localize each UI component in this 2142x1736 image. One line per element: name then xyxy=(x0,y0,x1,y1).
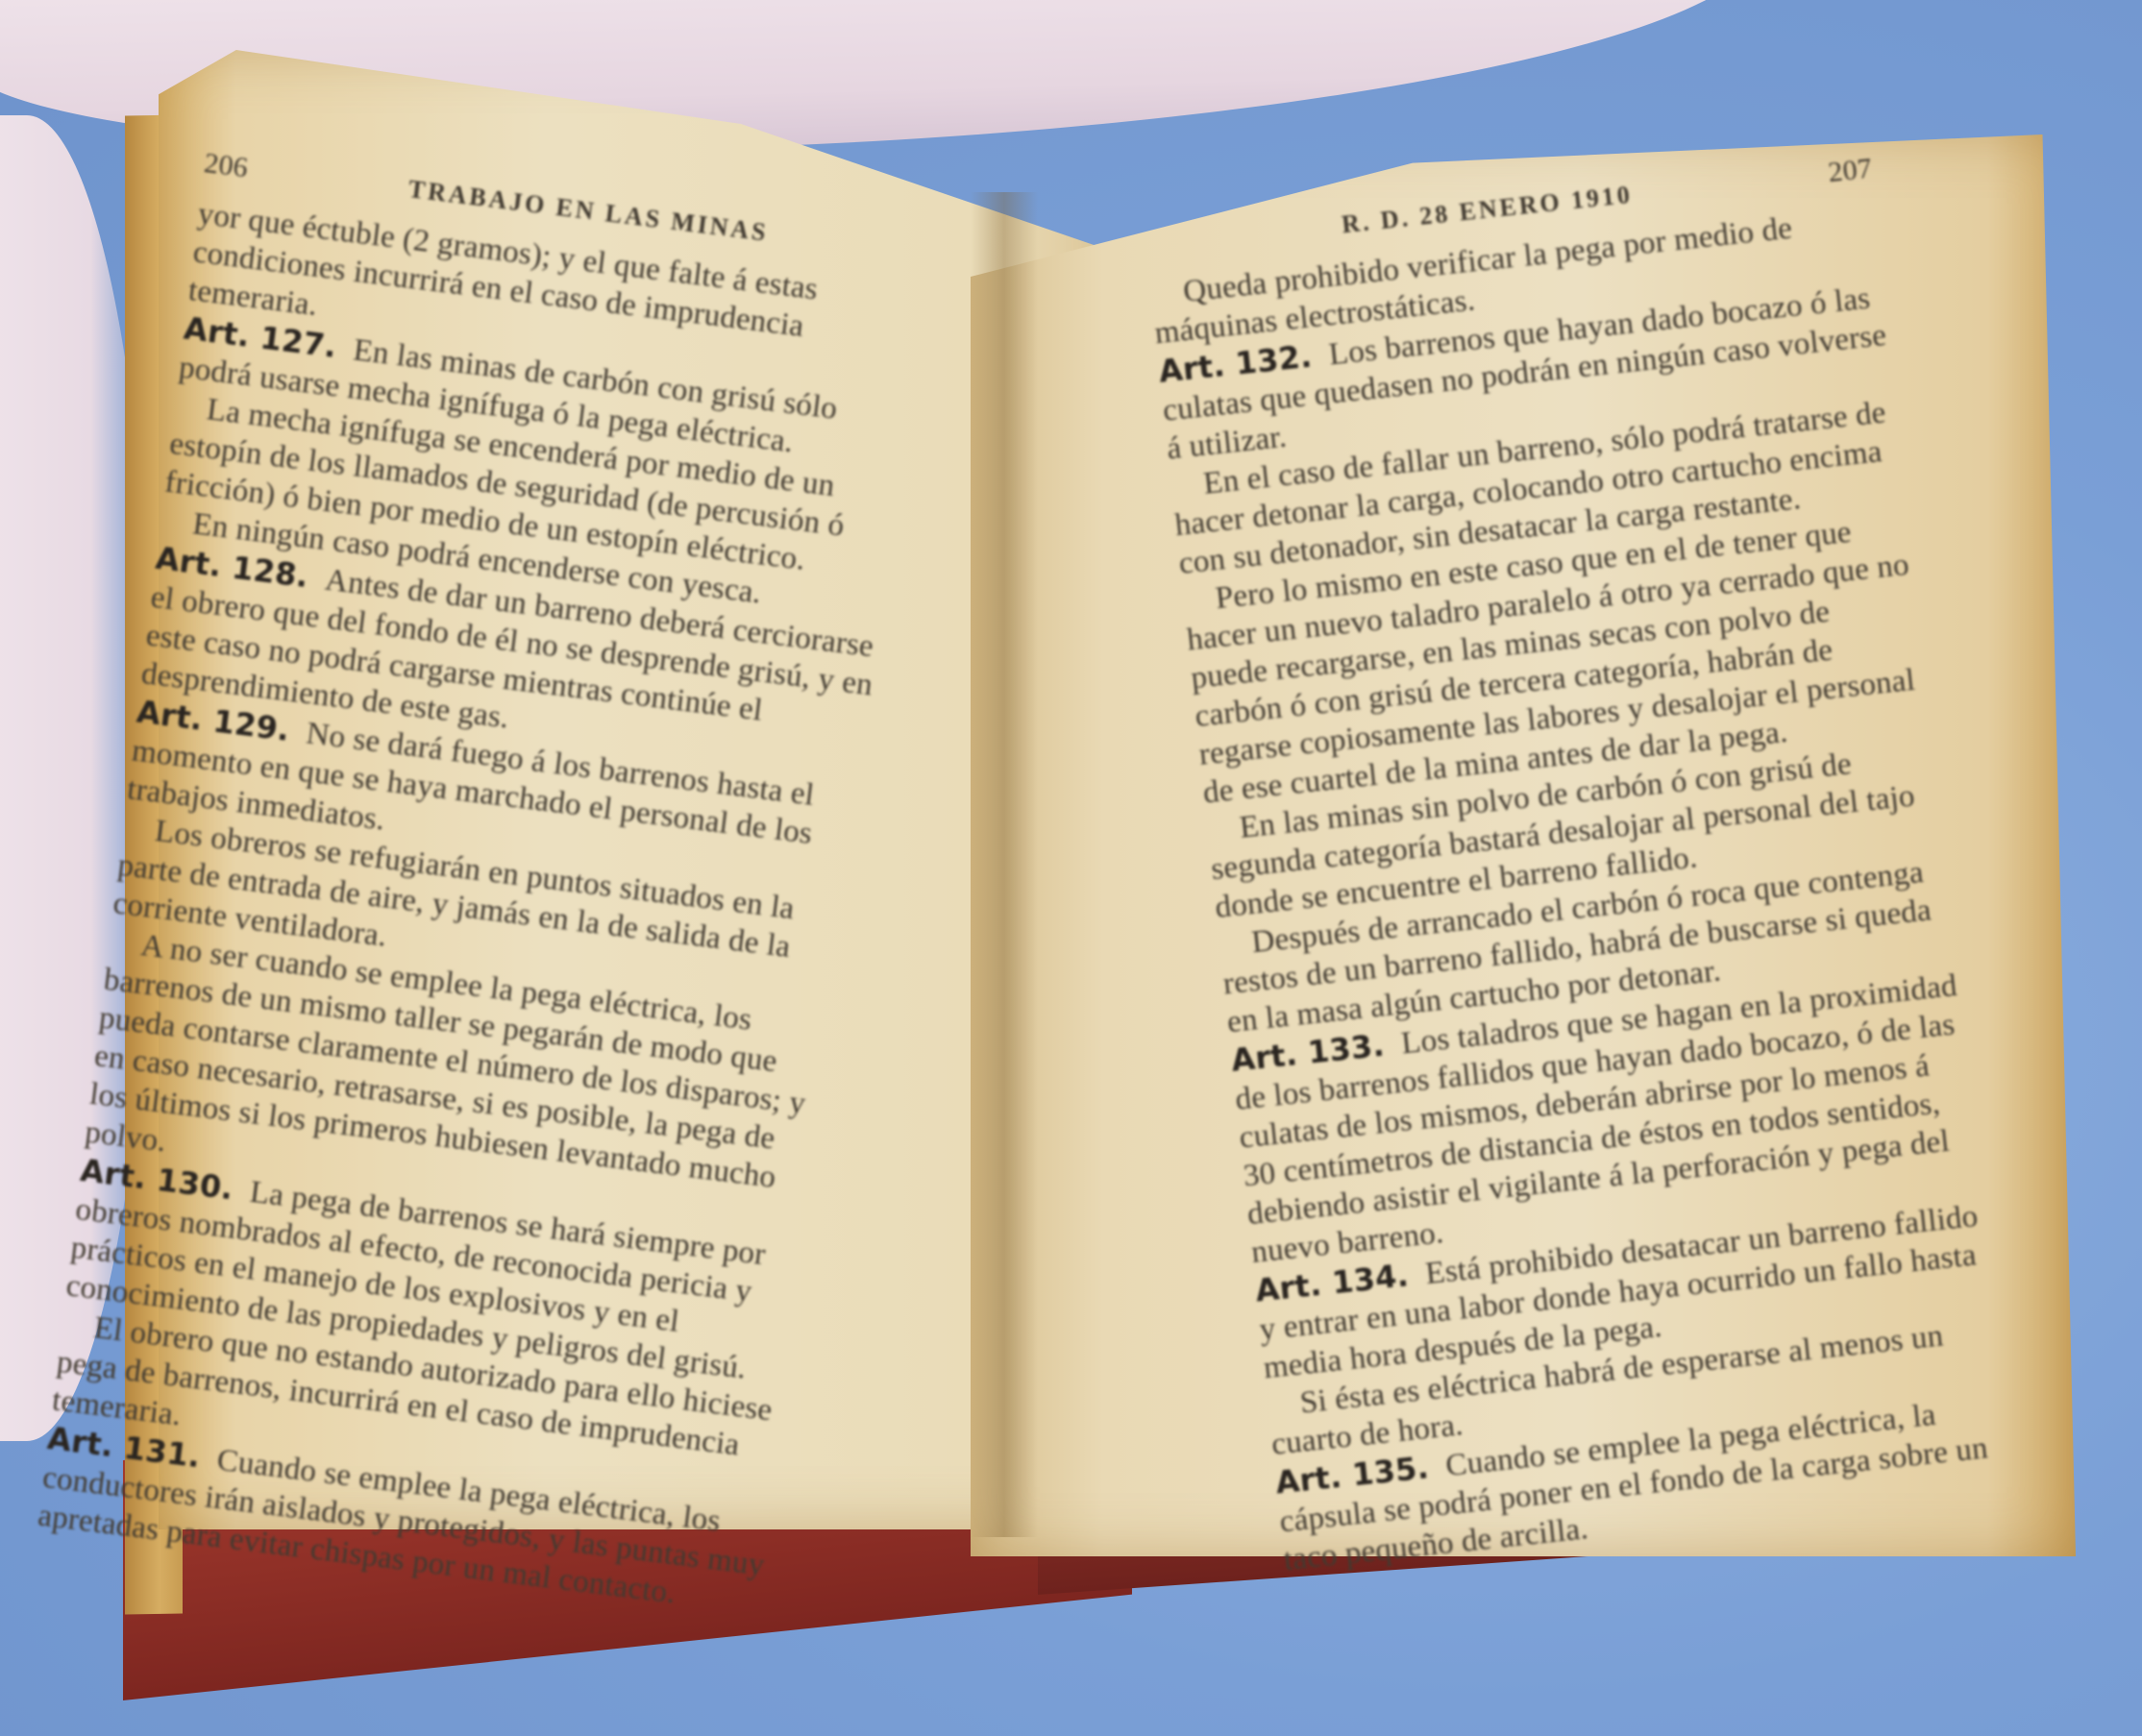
right-page-text: R. D. 28 ENERO 1910 207 Queda prohibido … xyxy=(1144,150,2012,1580)
page-number: 206 xyxy=(202,144,250,187)
page-number: 207 xyxy=(1826,150,1874,193)
book-gutter xyxy=(971,192,1038,1537)
